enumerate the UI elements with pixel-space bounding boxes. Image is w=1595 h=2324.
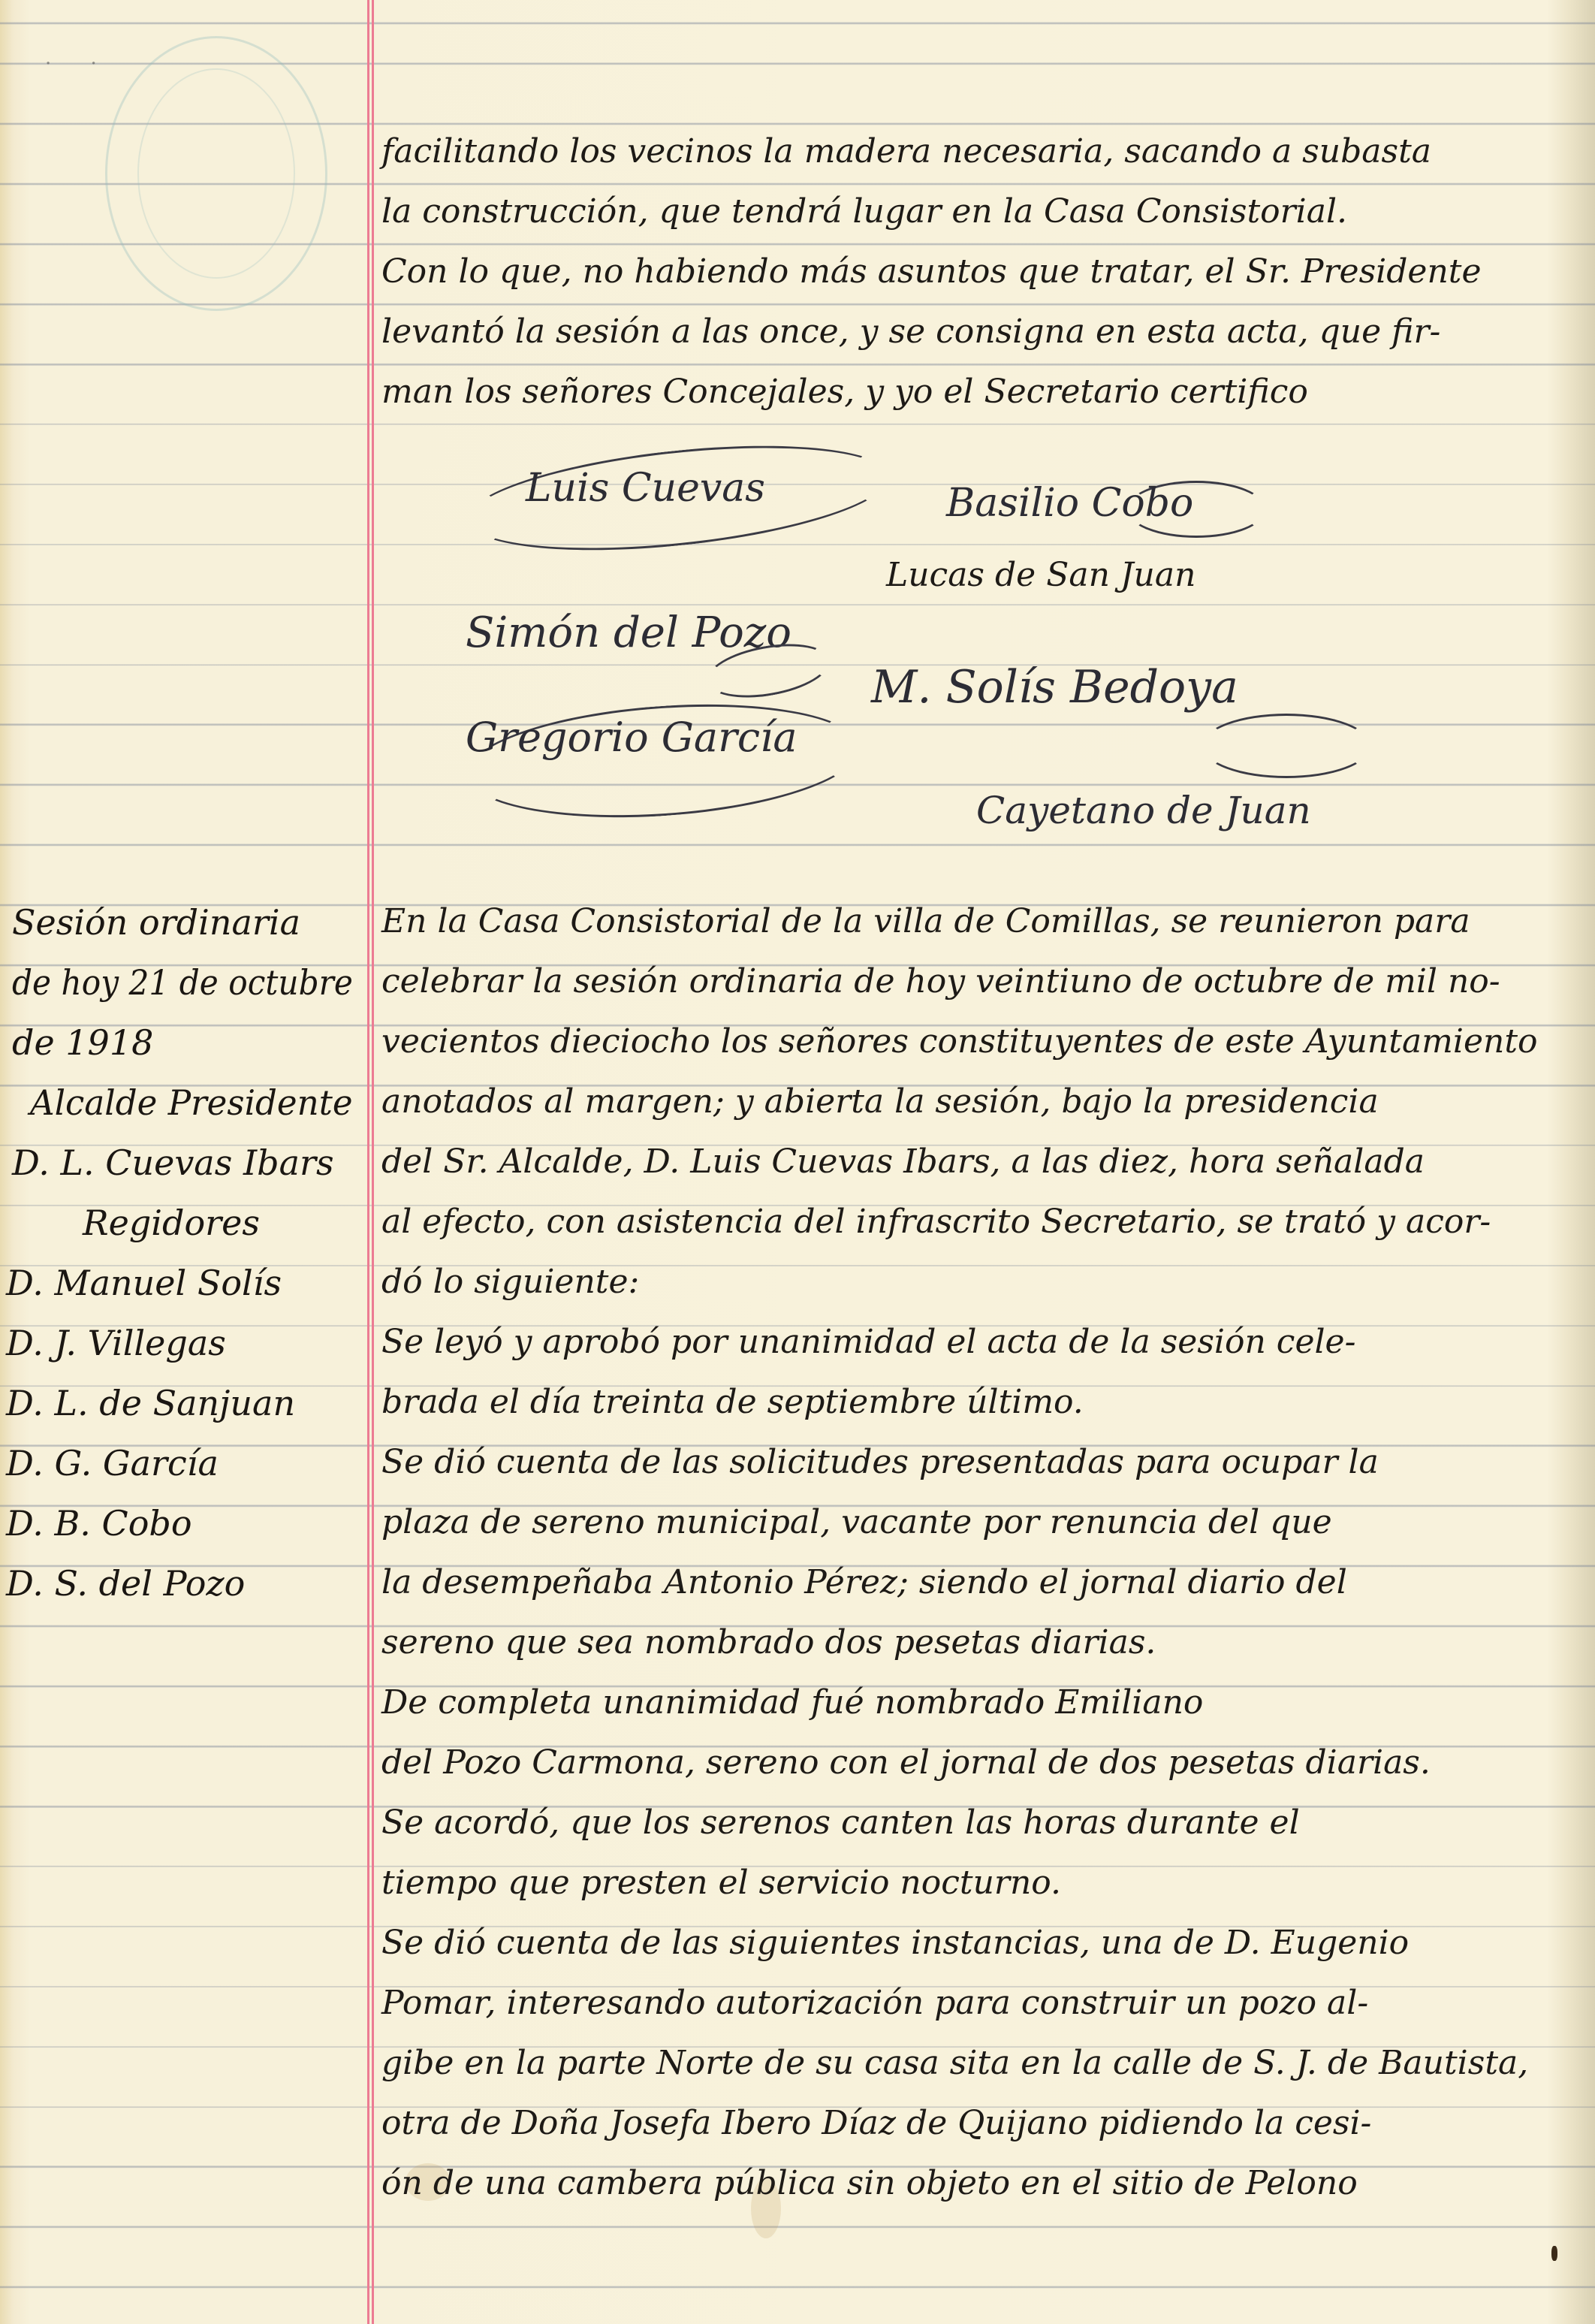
text-line: sereno que sea nombrado dos pesetas diar… [381,1626,1156,1659]
text-line: anotados al margen; y abierta la sesión,… [381,1085,1379,1118]
text-line: Se dió cuenta de las siguientes instanci… [381,1927,1409,1960]
text-line: del Sr. Alcalde, D. Luis Cuevas Ibars, a… [381,1145,1425,1179]
text-line: levantó la sesión a las once, y se consi… [381,315,1440,349]
text-line: vecientos dieciocho los señores constitu… [381,1025,1538,1058]
text-line: Con lo que, no habiendo más asuntos que … [381,255,1482,288]
signature: Luis Cuevas [526,466,765,511]
text-line: Se acordó, que los serenos canten las ho… [381,1806,1300,1840]
text-line: brada el día treinta de septiembre últim… [381,1386,1084,1419]
text-line: la desempeñaba Antonio Pérez; siendo el … [381,1566,1347,1599]
session-heading: Sesión ordinaria [12,905,300,940]
text-line: man los señores Concejales, y yo el Secr… [381,376,1308,409]
text-line: De completa unanimidad fué nombrado Emil… [381,1686,1203,1719]
text-line: otra de Doña Josefa Ibero Díaz de Quijan… [381,2107,1371,2140]
councillor: D. S. del Pozo [6,1566,245,1601]
councillor: D. B. Cobo [6,1506,192,1541]
text-line: la construcción, que tendrá lugar en la … [381,195,1347,228]
councillor: D. L. de Sanjuan [6,1386,295,1420]
councillor: D. J. Villegas [6,1326,226,1360]
ledger-page: · · facilitando los vecinos la madera ne… [0,0,1595,2324]
signature: Cayetano de Juan [976,789,1311,832]
councillors-label: Regidores [83,1206,260,1240]
punch-marks: · · [45,53,113,75]
ink-blot [1551,2246,1557,2261]
councillor: D. Manuel Solís [6,1266,282,1300]
text-line: Pomar, interesando autorización para con… [381,1987,1368,2020]
councillor: D. G. García [6,1446,219,1480]
session-year: de 1918 [12,1025,153,1060]
text-line: facilitando los vecinos la madera necesa… [381,135,1431,168]
text-line: Se leyó y aprobó por unanimidad el acta … [381,1326,1355,1359]
text-line: celebrar la sesión ordinaria de hoy vein… [381,965,1500,998]
signature: Gregorio García [466,714,797,761]
signature: Basilio Cobo [946,481,1193,526]
text-line: tiempo que presten el servicio nocturno. [381,1867,1061,1900]
president-label: Alcalde Presidente [30,1085,353,1120]
signature-flourish [1202,714,1371,778]
session-date: de hoy 21 de octubre [12,965,353,1000]
signature: Lucas de San Juan [886,556,1195,594]
margin-rule-right [372,0,374,2324]
text-line: Se dió cuenta de las solicitudes present… [381,1446,1379,1479]
signature: Simón del Pozo [466,608,791,657]
president-name: D. L. Cuevas Ibars [12,1145,334,1180]
text-line: al efecto, con asistencia del infrascrit… [381,1206,1491,1239]
text-line: dó lo siguiente: [381,1266,639,1299]
signature: M. Solís Bedoya [871,661,1238,714]
text-line: del Pozo Carmona, sereno con el jornal d… [381,1746,1431,1779]
text-line: En la Casa Consistorial de la villa de C… [381,905,1470,938]
margin-rule-left [367,0,369,2324]
text-line: ón de una cambera pública sin objeto en … [381,2167,1358,2200]
text-line: gibe en la parte Norte de su casa sita e… [381,2047,1528,2080]
text-line: plaza de sereno municipal, vacante por r… [381,1506,1332,1539]
oval-stamp-icon [105,36,327,311]
